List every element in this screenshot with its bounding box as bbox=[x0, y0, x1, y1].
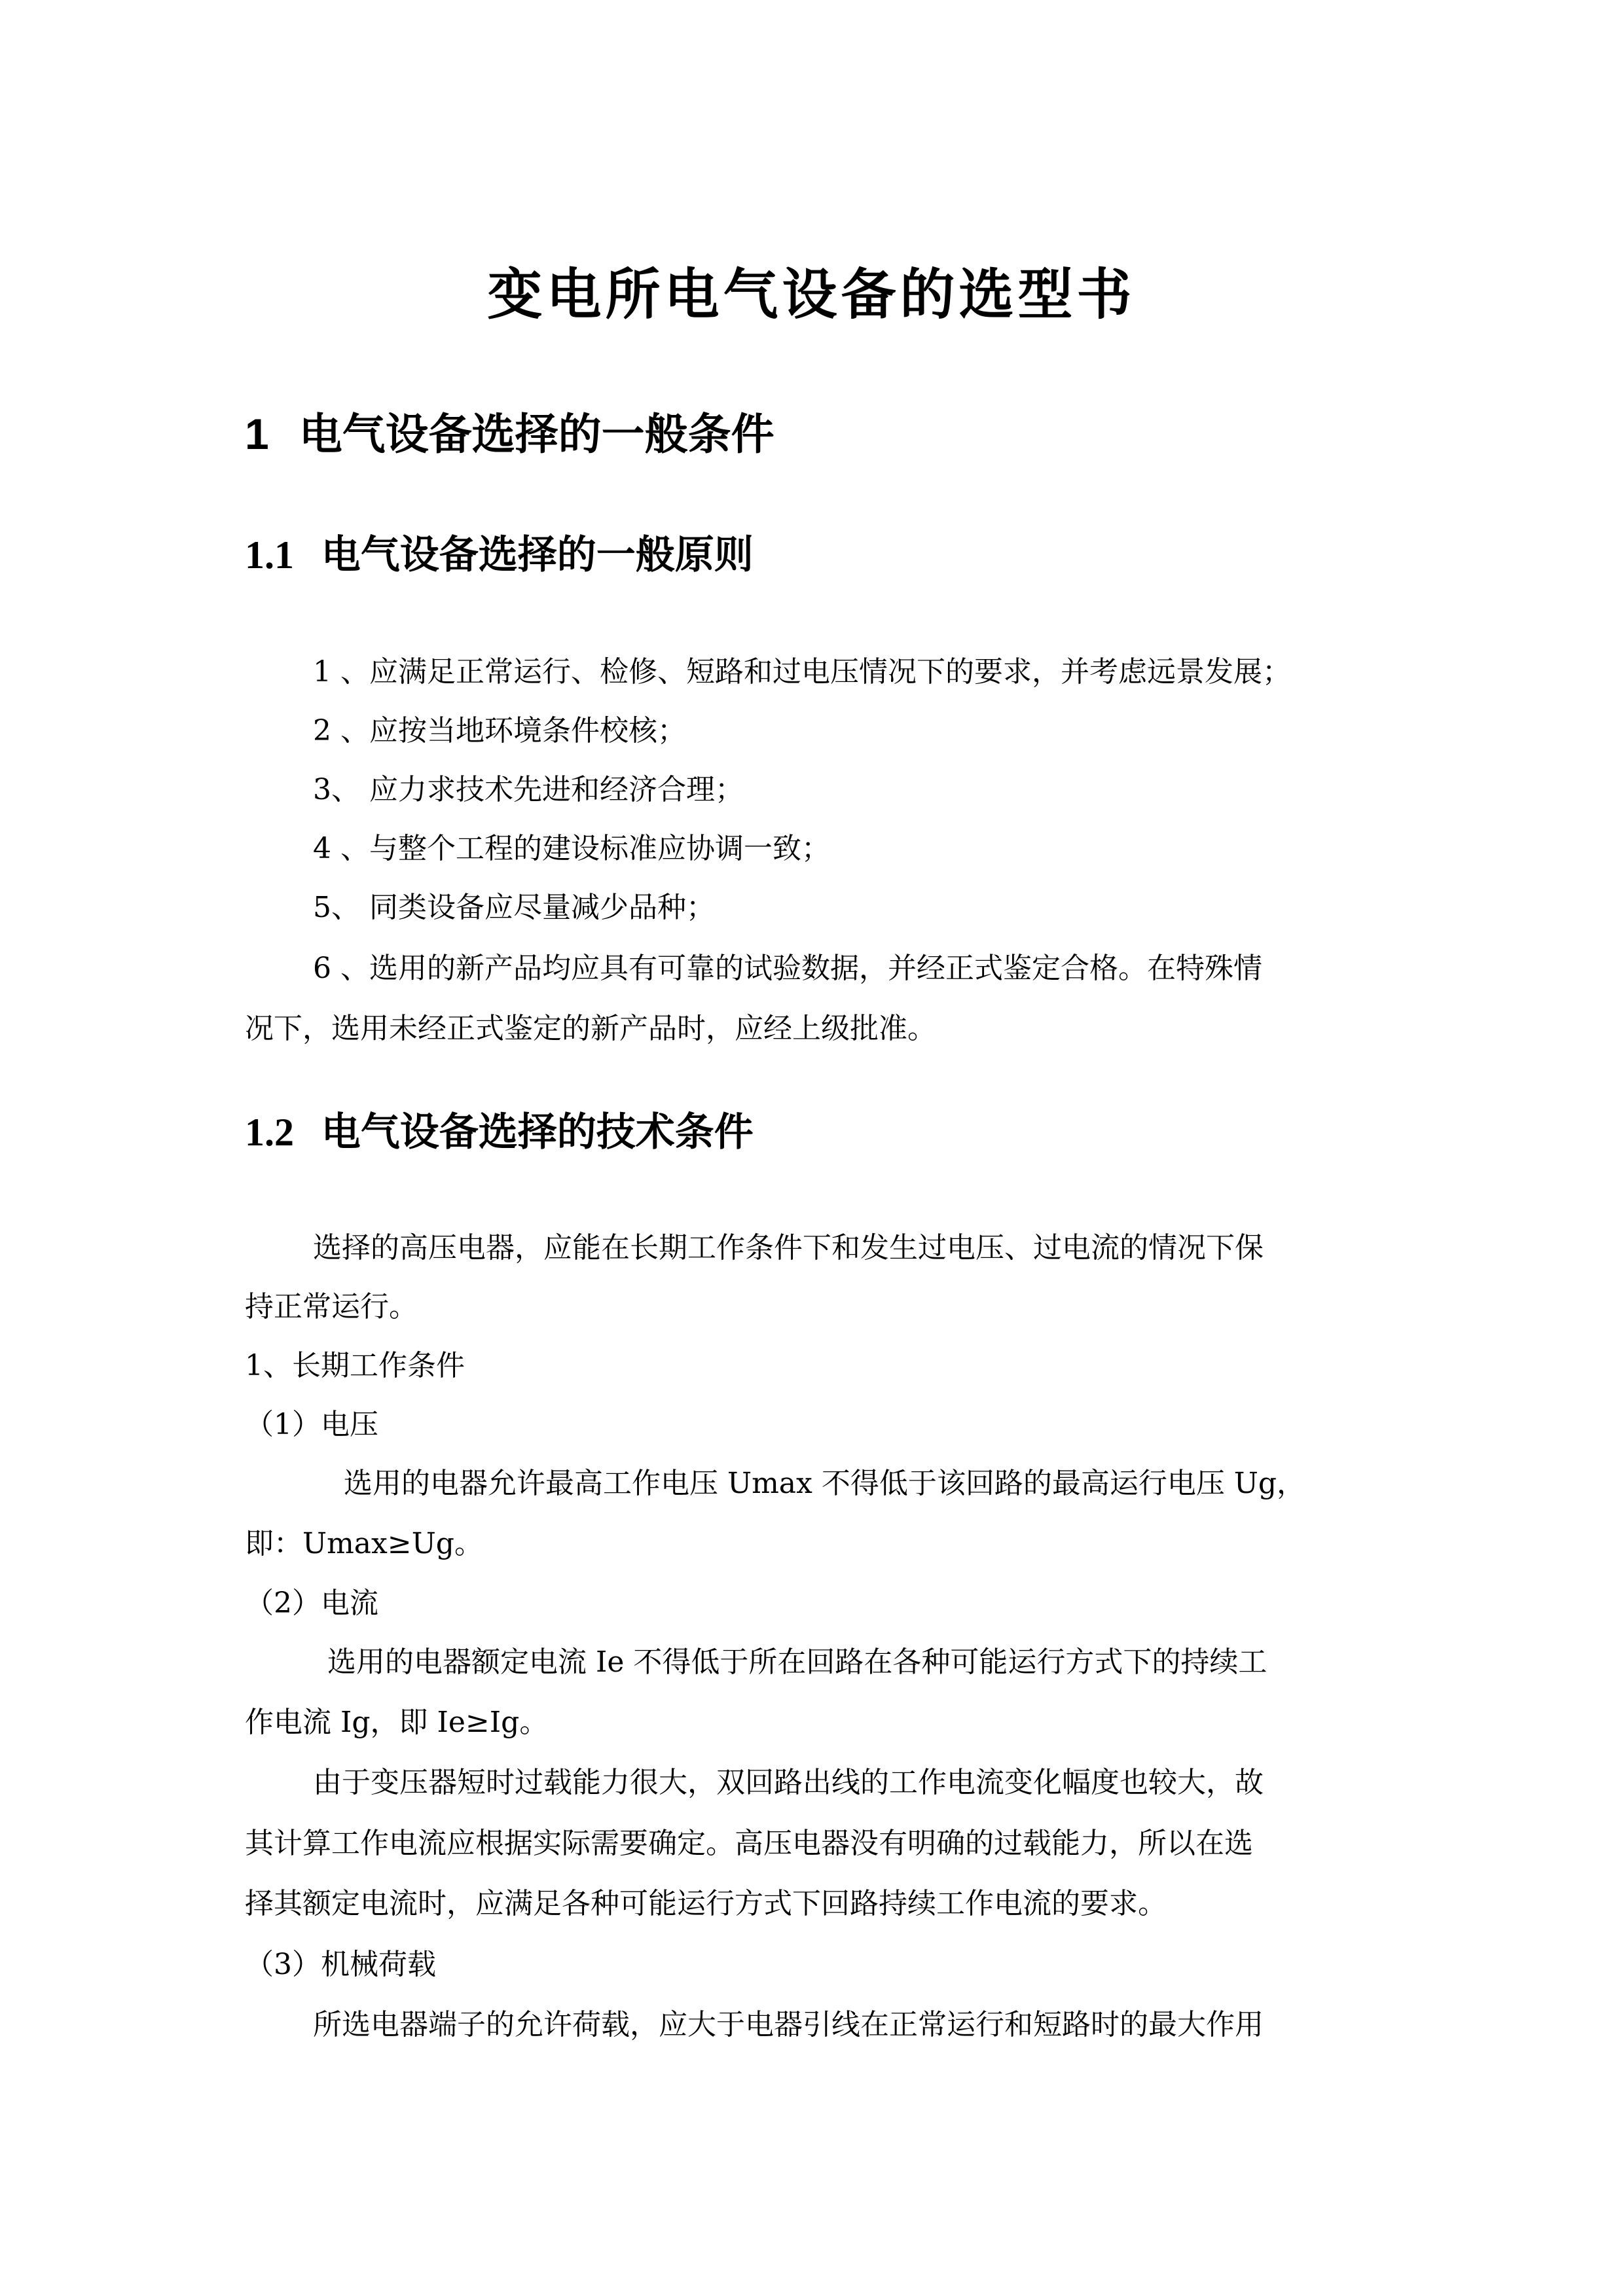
principle-item-2: 2 、应按当地环境条件校核； bbox=[313, 717, 686, 745]
mechanical-load-line-1: 所选电器端子的允许荷载，应大于电器引线在正常运行和短路时的最大作用 bbox=[313, 2011, 1264, 2039]
current-paragraph-line-1: 由于变压器短时过载能力很大，双回路出线的工作电流变化幅度也较大，故 bbox=[313, 1768, 1264, 1797]
intro-paragraph-line-2: 持正常运行。 bbox=[245, 1293, 418, 1321]
current-line-2: 作电流 Ig，即 Ie≥Ig。 bbox=[245, 1708, 548, 1737]
section-title: 电气设备选择的一般条件 bbox=[299, 409, 775, 459]
principle-item-6: 6 、选用的新产品均应具有可靠的试验数据，并经正式鉴定合格。在特殊情 bbox=[313, 954, 1262, 983]
section-number: 1 bbox=[245, 410, 269, 458]
current-paragraph-line-3: 择其额定电流时，应满足各种可能运行方式下回路持续工作电流的要求。 bbox=[245, 1890, 1167, 1918]
section-1-1-heading: 1.1 电气设备选择的一般原则 bbox=[245, 535, 754, 575]
principle-item-5: 5、 同类设备应尽量减少品种； bbox=[313, 893, 715, 922]
section-1-heading: 1 电气设备选择的一般条件 bbox=[245, 412, 775, 456]
current-label: （2）电流 bbox=[245, 1589, 378, 1618]
voltage-line-1: 选用的电器允许最高工作电压 Umax 不得低于该回路的最高运行电压 Ug， bbox=[344, 1469, 1305, 1498]
document-title: 变电所电气设备的选型书 bbox=[0, 267, 1623, 322]
section-title: 电气设备选择的技术条件 bbox=[321, 1109, 754, 1155]
intro-paragraph-line-1: 选择的高压电器，应能在长期工作条件下和发生过电压、过电流的情况下保 bbox=[313, 1234, 1264, 1263]
section-title: 电气设备选择的一般原则 bbox=[321, 532, 754, 578]
voltage-line-2: 即：Umax≥Ug。 bbox=[245, 1530, 483, 1558]
current-line-1: 选用的电器额定电流 Ie 不得低于所在回路在各种可能运行方式下的持续工 bbox=[327, 1648, 1267, 1677]
section-1-2-heading: 1.2 电气设备选择的技术条件 bbox=[245, 1113, 754, 1152]
current-paragraph-line-2: 其计算工作电流应根据实际需要确定。高压电器没有明确的过载能力，所以在选 bbox=[245, 1829, 1253, 1858]
document-page: 变电所电气设备的选型书 1 电气设备选择的一般条件 1.1 电气设备选择的一般原… bbox=[0, 0, 1623, 2296]
principle-item-1: 1 、应满足正常运行、检修、短路和过电压情况下的要求，并考虑远景发展； bbox=[313, 658, 1291, 687]
subsection-long-term-conditions: 1、长期工作条件 bbox=[245, 1352, 465, 1380]
section-number: 1.1 bbox=[245, 533, 294, 577]
mechanical-load-label: （3）机械荷载 bbox=[245, 1950, 436, 1979]
section-number: 1.2 bbox=[245, 1111, 294, 1154]
principle-item-3: 3、 应力求技术先进和经济合理； bbox=[313, 776, 744, 804]
principle-item-6-continued: 况下，选用未经正式鉴定的新产品时，应经上级批准。 bbox=[245, 1014, 936, 1043]
voltage-label: （1）电压 bbox=[245, 1410, 378, 1439]
principle-item-4: 4 、与整个工程的建设标准应协调一致； bbox=[313, 834, 830, 863]
